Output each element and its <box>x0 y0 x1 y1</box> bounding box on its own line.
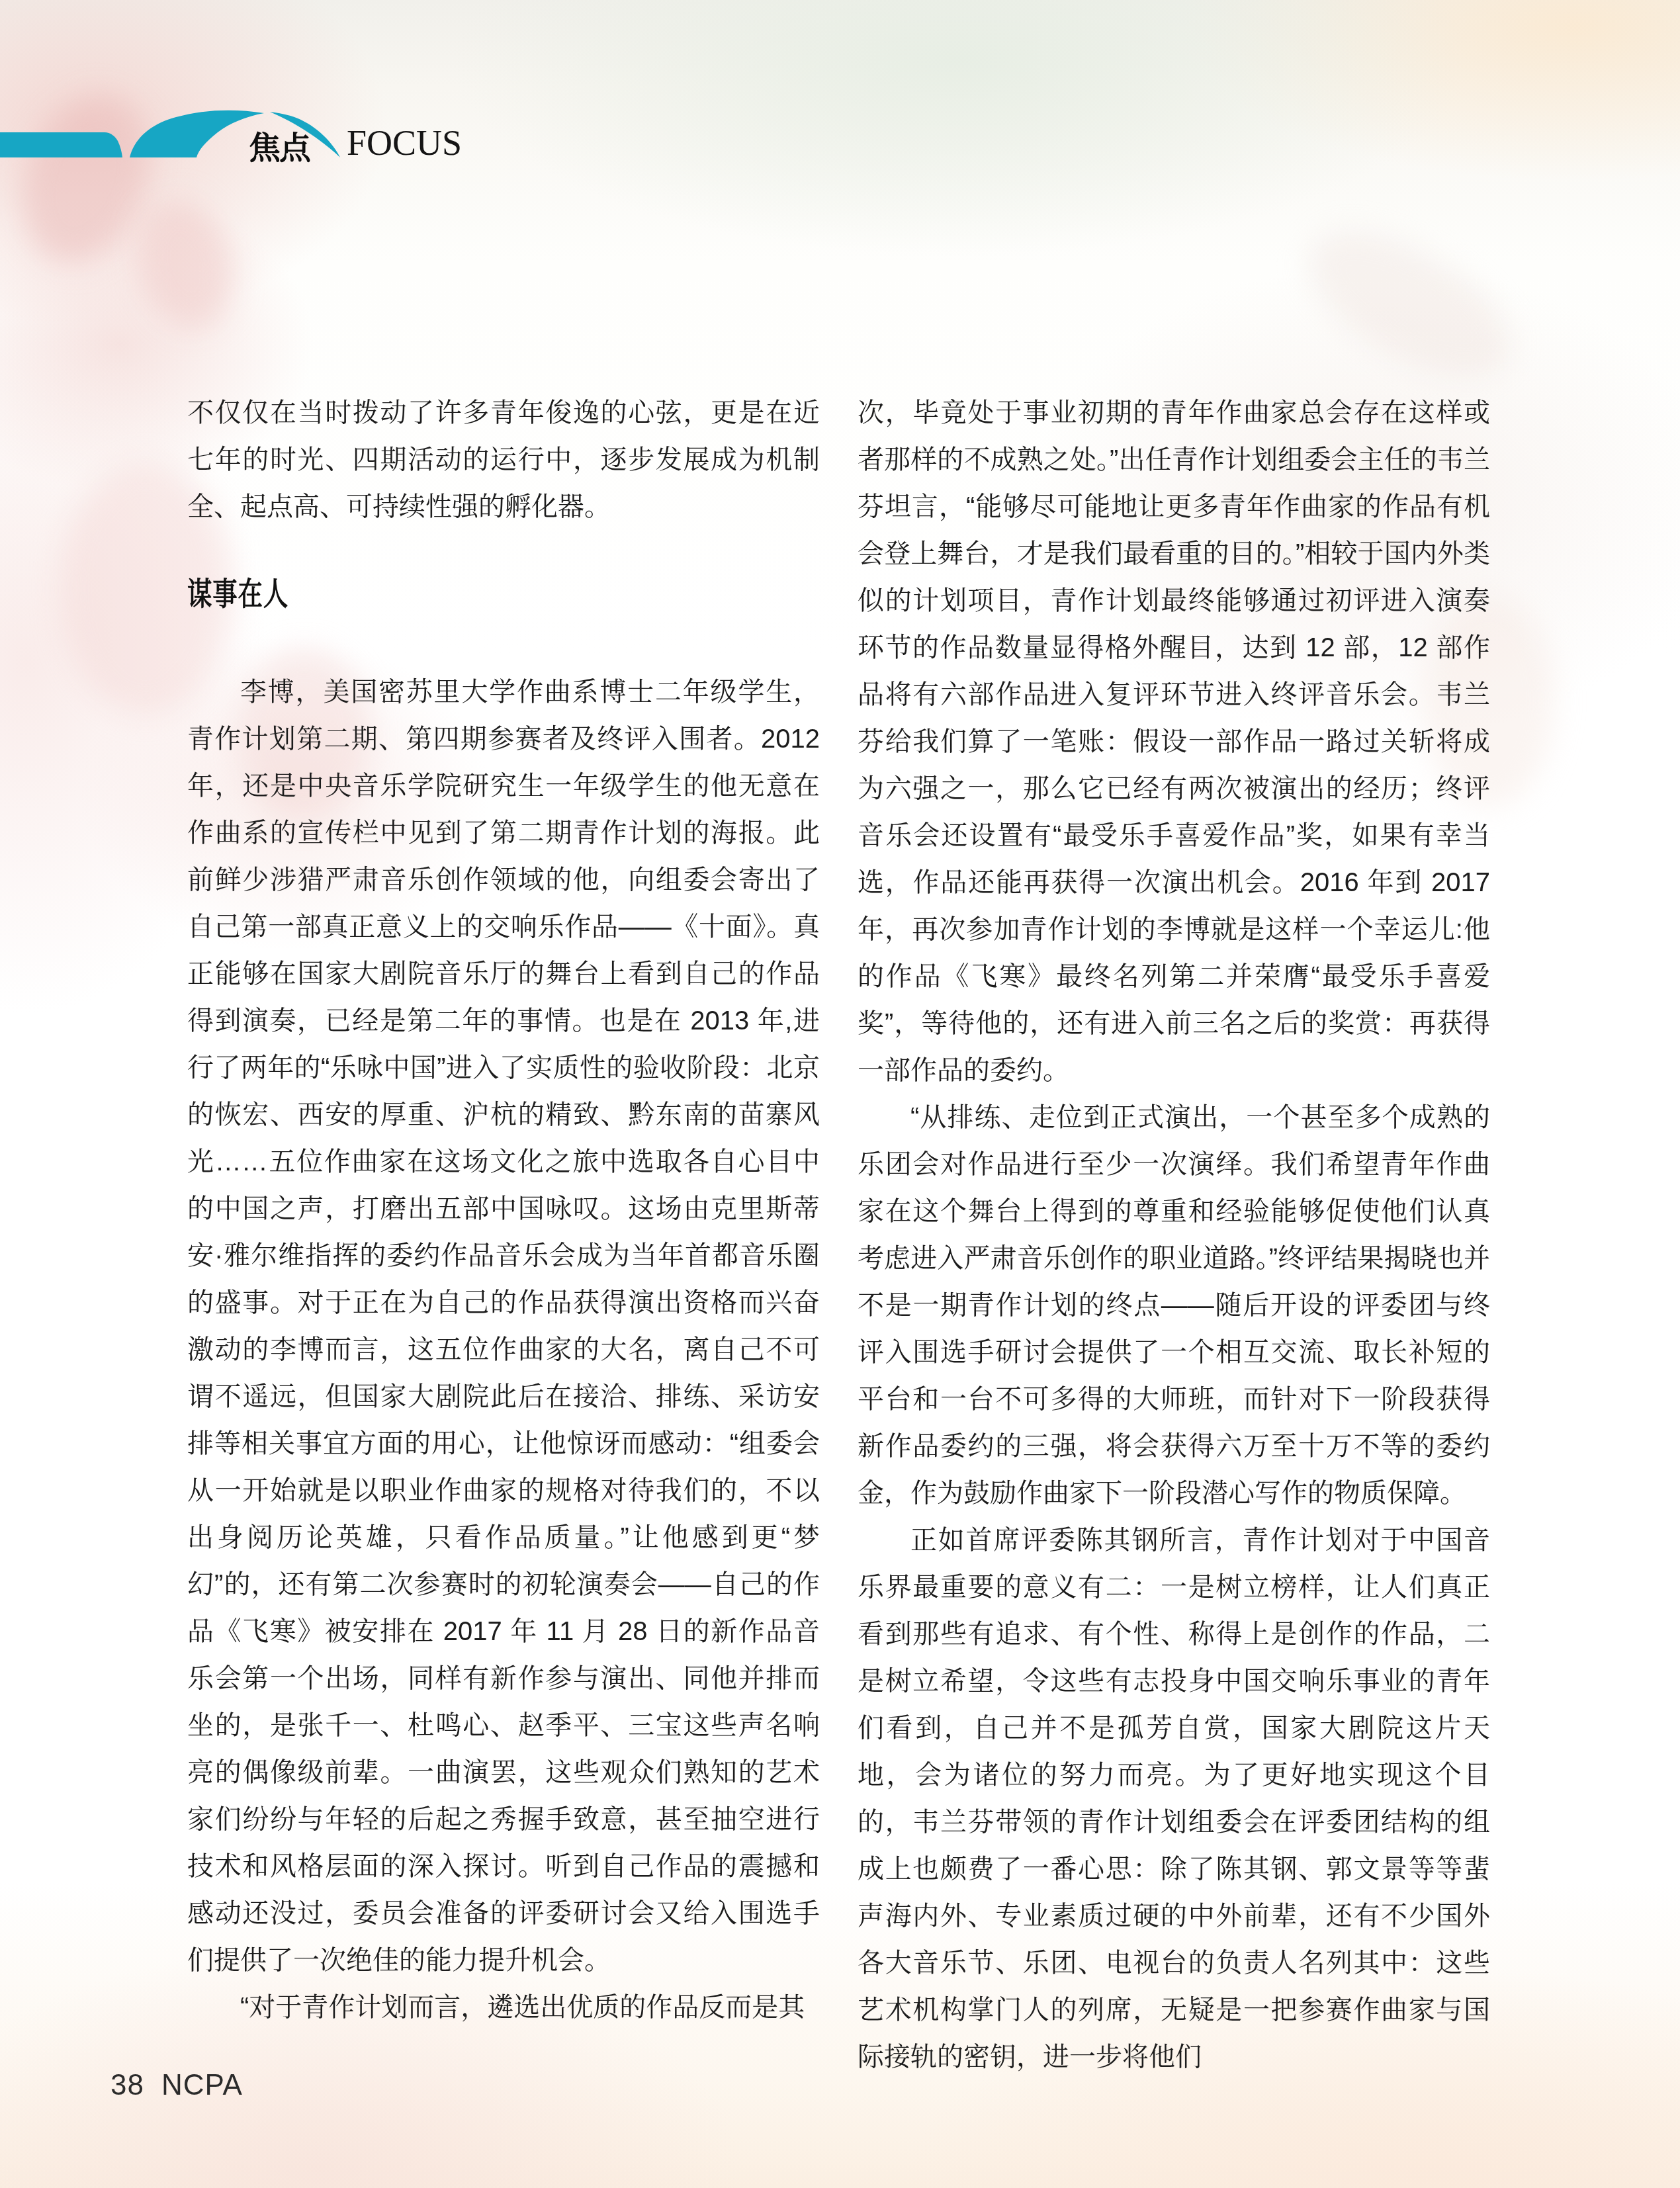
paragraph: 李博，美国密苏里大学作曲系博士二年级学生，青作计划第二期、第四期参赛者及终评入围… <box>187 669 820 1984</box>
focus-banner-logo: 焦点 FOCUS <box>0 106 463 169</box>
paragraph-continuation: 次，毕竟处于事业初期的青年作曲家总会存在这样或者那样的不成熟之处。”出任青作计划… <box>858 390 1490 1094</box>
magazine-name: NCPA <box>161 2069 243 2101</box>
paragraph-continuation: 不仅仅在当时拨动了许多青年俊逸的心弦，更是在近七年的时光、四期活动的运行中，逐步… <box>187 390 820 531</box>
page-footer: 38NCPA <box>111 2069 243 2102</box>
right-column: 次，毕竟处于事业初期的青年作曲家总会存在这样或者那样的不成熟之处。”出任青作计划… <box>858 390 1490 2081</box>
paragraph: “从排练、走位到正式演出，一个甚至多个成熟的乐团会对作品进行至少一次演绎。我们希… <box>858 1094 1490 1517</box>
left-column: 不仅仅在当时拨动了许多青年俊逸的心弦，更是在近七年的时光、四期活动的运行中，逐步… <box>187 390 820 2031</box>
paragraph: 正如首席评委陈其钢所言，青作计划对于中国音乐界最重要的意义有二：一是树立榜样，让… <box>858 1517 1490 2081</box>
magazine-page: 焦点 FOCUS 不仅仅在当时拨动了许多青年俊逸的心弦，更是在近七年的时光、四期… <box>0 0 1680 2188</box>
banner-bar-shape <box>0 132 122 157</box>
blossom-decoration <box>124 189 247 340</box>
section-banner: 焦点 FOCUS <box>0 106 463 169</box>
branch-decoration <box>1286 202 1533 407</box>
paragraph: “对于青作计划而言，遴选出优质的作品反而是其 <box>187 1984 820 2031</box>
banner-wave-shape <box>130 110 264 157</box>
page-number: 38 <box>111 2069 144 2101</box>
section-heading: 谋事在人 <box>187 577 681 613</box>
section-label-cn: 焦点 <box>249 131 312 166</box>
section-label-en: FOCUS <box>347 123 462 163</box>
